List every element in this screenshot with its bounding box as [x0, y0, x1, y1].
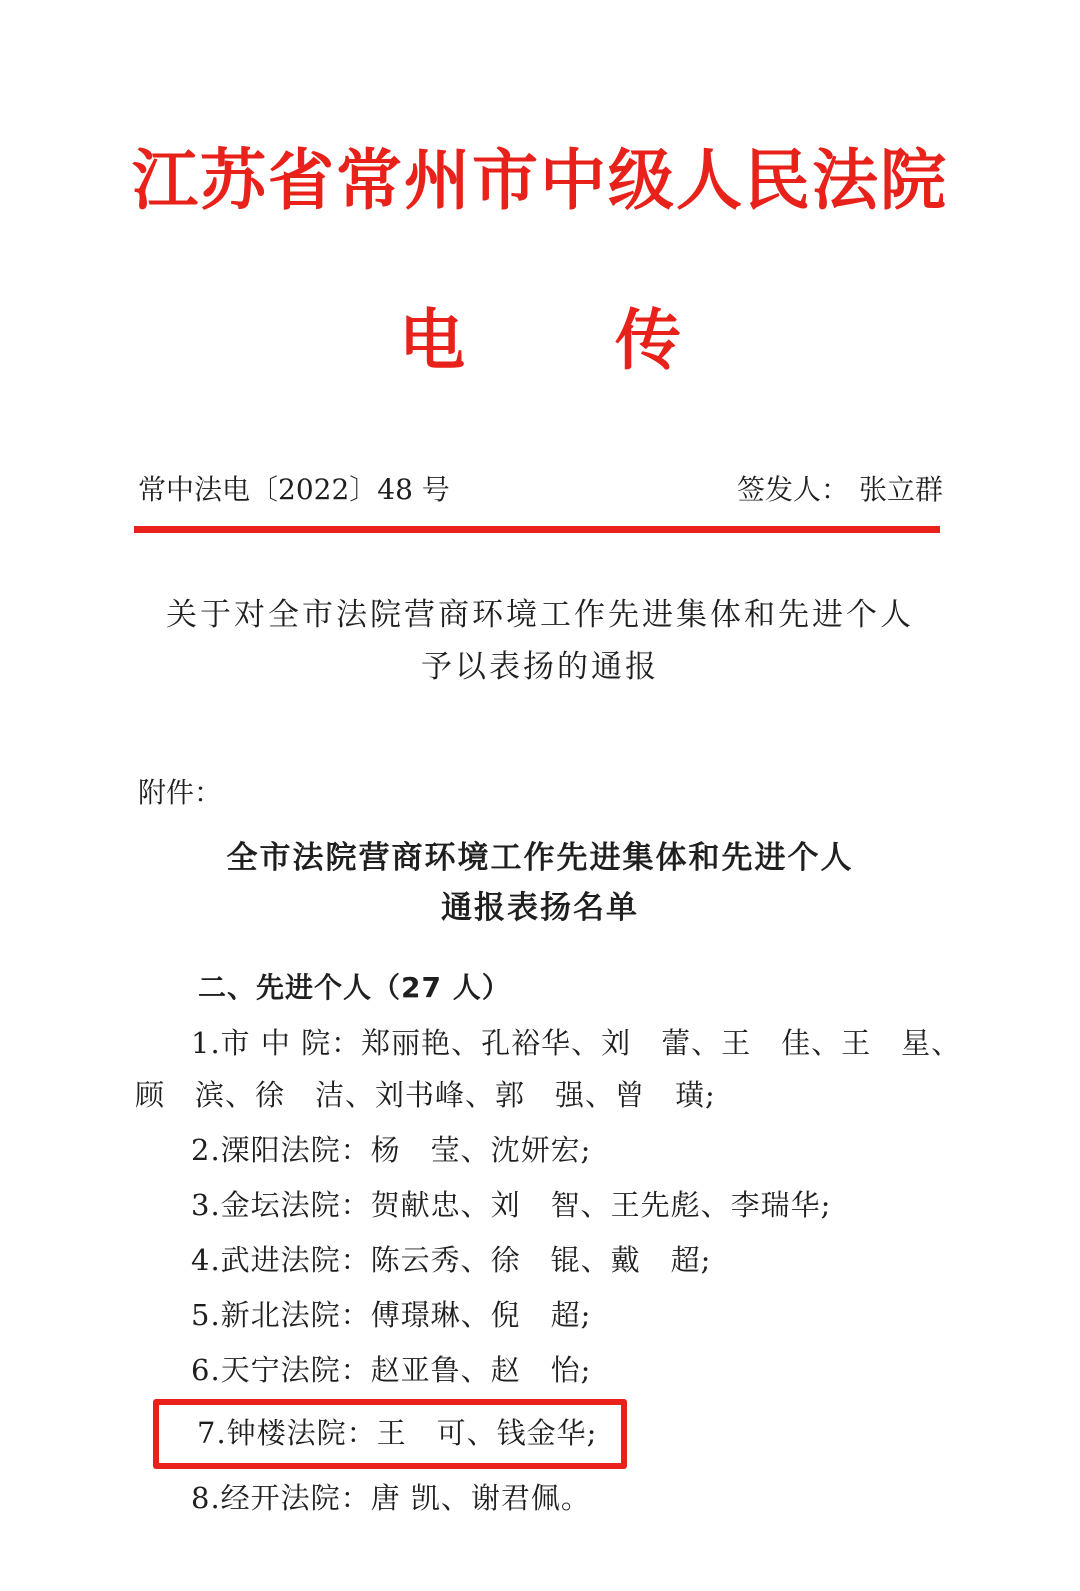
list-item-line: 顾 滨、徐 洁、刘书峰、郭 强、曾 璜; [135, 1069, 980, 1121]
list-item-line: 2.溧阳法院：杨 莹、沈妍宏; [135, 1124, 980, 1176]
awards-list: 1.市 中 院：郑丽艳、孔裕华、刘 蕾、王 佳、王 星、顾 滨、徐 洁、刘书峰、… [0, 1017, 1080, 1524]
list-item-line: 3.金坛法院：贺献忠、刘 智、王先彪、李瑞华; [135, 1179, 980, 1231]
list-item-line: 4.武进法院：陈云秀、徐 锟、戴 超; [135, 1234, 980, 1286]
document-number: 常中法电〔2022〕48 号 [138, 470, 450, 510]
official-document: 江苏省常州市中级人民法院 电 传 常中法电〔2022〕48 号 签发人：张立群 … [0, 0, 1080, 1591]
signer-name: 张立群 [859, 473, 943, 506]
highlight-box: 7.钟楼法院：王 可、钱金华; [153, 1399, 627, 1469]
list-item: 1.市 中 院：郑丽艳、孔裕华、刘 蕾、王 佳、王 星、顾 滨、徐 洁、刘书峰、… [135, 1017, 980, 1121]
subject-line-1: 关于对全市法院营商环境工作先进集体和先进个人 [0, 589, 1080, 641]
list-item-highlighted: 7.钟楼法院：王 可、钱金华; [135, 1399, 980, 1469]
attachment-title: 全市法院营商环境工作先进集体和先进个人 通报表扬名单 [0, 833, 1080, 933]
telegram-heading: 电 传 [0, 300, 1080, 380]
attachment-title-line-1: 全市法院营商环境工作先进集体和先进个人 [0, 833, 1080, 883]
document-meta-row: 常中法电〔2022〕48 号 签发人：张立群 [0, 470, 1080, 510]
list-item: 2.溧阳法院：杨 莹、沈妍宏; [135, 1124, 980, 1176]
list-item: 3.金坛法院：贺献忠、刘 智、王先彪、李瑞华; [135, 1179, 980, 1231]
list-item: 6.天宁法院：赵亚鲁、赵 怡; [135, 1344, 980, 1396]
subject-line-2: 予以表扬的通报 [0, 641, 1080, 693]
list-item: 5.新北法院：傅璟琳、倪 超; [135, 1289, 980, 1341]
list-item: 8.经开法院：唐 凯、谢君佩。 [135, 1472, 980, 1524]
attachment-title-line-2: 通报表扬名单 [0, 883, 1080, 933]
signer-label: 签发人： [737, 473, 849, 506]
list-item-line: 1.市 中 院：郑丽艳、孔裕华、刘 蕾、王 佳、王 星、 [135, 1017, 980, 1069]
section-heading: 二、先进个人（27 人） [0, 966, 1080, 1010]
document-subject: 关于对全市法院营商环境工作先进集体和先进个人 予以表扬的通报 [0, 589, 1080, 693]
court-title: 江苏省常州市中级人民法院 [0, 140, 1080, 220]
signer: 签发人：张立群 [737, 470, 943, 510]
list-item-line: 7.钟楼法院：王 可、钱金华; [197, 1407, 597, 1459]
attachment-label: 附件： [0, 773, 1080, 813]
list-item-line: 8.经开法院：唐 凯、谢君佩。 [135, 1472, 980, 1524]
red-divider [134, 526, 940, 533]
list-item-line: 5.新北法院：傅璟琳、倪 超; [135, 1289, 980, 1341]
telegram-char-dian: 电 [399, 300, 465, 380]
list-item-line: 6.天宁法院：赵亚鲁、赵 怡; [135, 1344, 980, 1396]
telegram-char-chuan: 传 [615, 300, 681, 380]
list-item: 4.武进法院：陈云秀、徐 锟、戴 超; [135, 1234, 980, 1286]
